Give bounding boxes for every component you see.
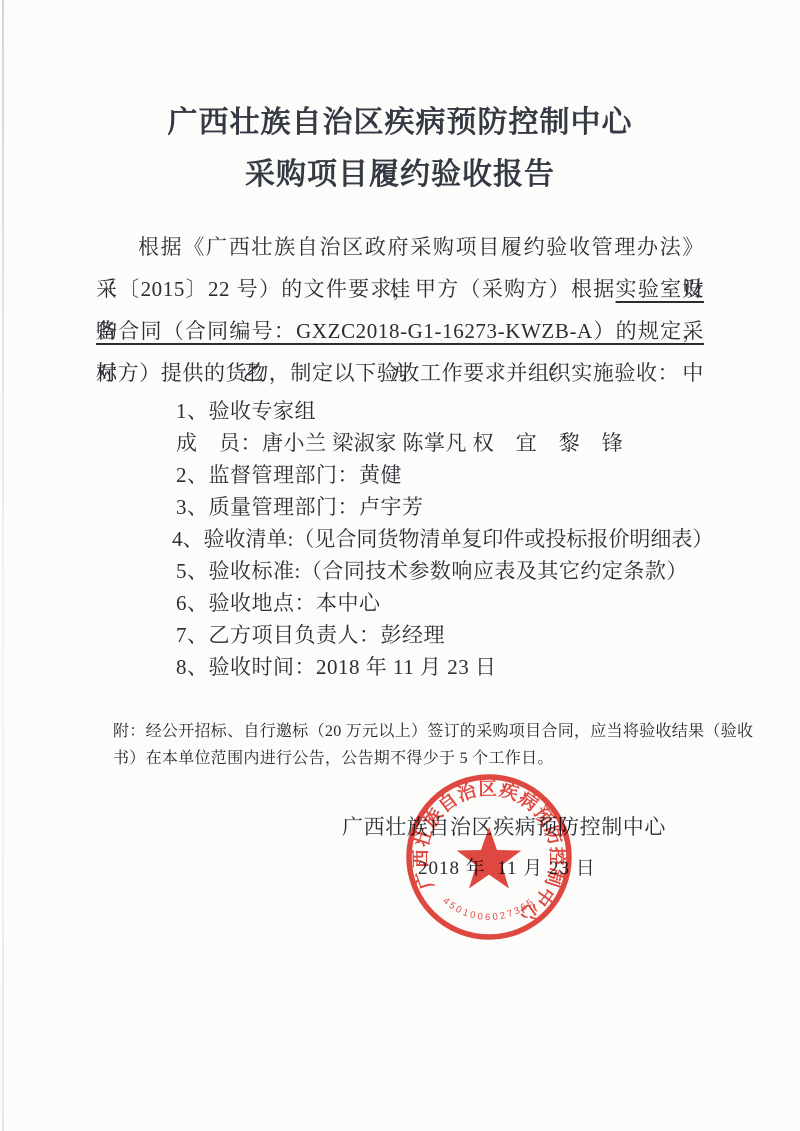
note-line-2: 书）在本单位范围内进行公告，公告期不得少于 5 个工作日。 xyxy=(113,745,709,772)
title-line-1: 广西壮族自治区疾病预防控制中心 xyxy=(0,97,800,149)
appendix-note: 附：经公开招标、自行邀标（20 万元以上）签订的采购项目合同，应当将验收结果（验… xyxy=(113,718,709,772)
seal-ring-text: 广西壮族自治区疾病预防控制中心 xyxy=(411,778,568,926)
signature-org-name: 广西壮族自治区疾病预防控制中心 xyxy=(342,816,666,838)
official-red-seal: 广西壮族自治区疾病预防控制中心 4501006027365 xyxy=(399,767,579,947)
paragraph-line: 采〔2015〕22 号）的文件要求，甲方（采购方）根据实验室设备采 xyxy=(96,268,704,310)
list-item-2-supervision-dept: 2、监督管理部门：黄健 xyxy=(176,459,800,491)
text-segment: 合同（合同编号： xyxy=(118,319,296,343)
underlined-fill-in-text: 购 xyxy=(96,319,118,343)
text-segment: 采〔2015〕22 号）的文件要求，甲方（采购方）根据 xyxy=(96,277,616,301)
document-title: 广西壮族自治区疾病预防控制中心 采购项目履约验收报告 xyxy=(0,0,800,201)
list-item-6-acceptance-location: 6、验收地点：本中心 xyxy=(176,587,800,619)
list-item-7-party-b-manager: 7、乙方项目负责人：彭经理 xyxy=(176,619,800,651)
list-item-1-expert-group: 1、验收专家组 xyxy=(176,395,800,427)
paragraph-line: 标方）提供的货物，制定以下验收工作要求并组织实施验收： xyxy=(96,352,704,394)
list-item-3-quality-dept: 3、质量管理部门：卢宇芳 xyxy=(176,491,800,523)
paragraph-line: 根据《广西壮族自治区政府采购项目履约验收管理办法》（桂财 xyxy=(96,226,704,268)
seal-outer-ring xyxy=(409,777,569,937)
seal-serial-number: 4501006027365 xyxy=(440,895,537,923)
title-line-2: 采购项目履约验收报告 xyxy=(0,149,800,201)
paragraph-line: 购合同（合同编号：GXZC2018-G1-16273-KWZB-A）的规定，对乙… xyxy=(96,310,704,352)
list-item-members: 成 员：唐小兰 梁淑家 陈掌凡 权 宜 黎 锋 xyxy=(176,427,800,459)
signature-date: 2018 年 11 月 23 日 xyxy=(418,859,596,879)
text-segment: 标方）提供的货物，制定以下验收工作要求并组织实施验收： xyxy=(96,361,679,385)
underlined-fill-in-text: GXZC2018-G1-16273-KWZB-A xyxy=(296,319,593,343)
acceptance-requirements-list: 1、验收专家组 成 员：唐小兰 梁淑家 陈掌凡 权 宜 黎 锋 2、监督管理部门… xyxy=(176,395,800,683)
intro-paragraph: 根据《广西壮族自治区政府采购项目履约验收管理办法》（桂财 采〔2015〕22 号… xyxy=(96,226,704,394)
list-item-4-acceptance-checklist: 4、验收清单:（见合同货物清单复印件或投标报价明细表） xyxy=(172,523,800,555)
note-line-1: 附：经公开招标、自行邀标（20 万元以上）签订的采购项目合同，应当将验收结果（验… xyxy=(113,718,709,745)
list-item-5-acceptance-standard: 5、验收标准:（合同技术参数响应表及其它约定条款） xyxy=(176,555,800,587)
list-item-8-acceptance-date: 8、验收时间：2018 年 11 月 23 日 xyxy=(176,651,800,683)
scanned-document-page: { "document": { "title_line1": "广西壮族自治区疾… xyxy=(0,0,800,1131)
